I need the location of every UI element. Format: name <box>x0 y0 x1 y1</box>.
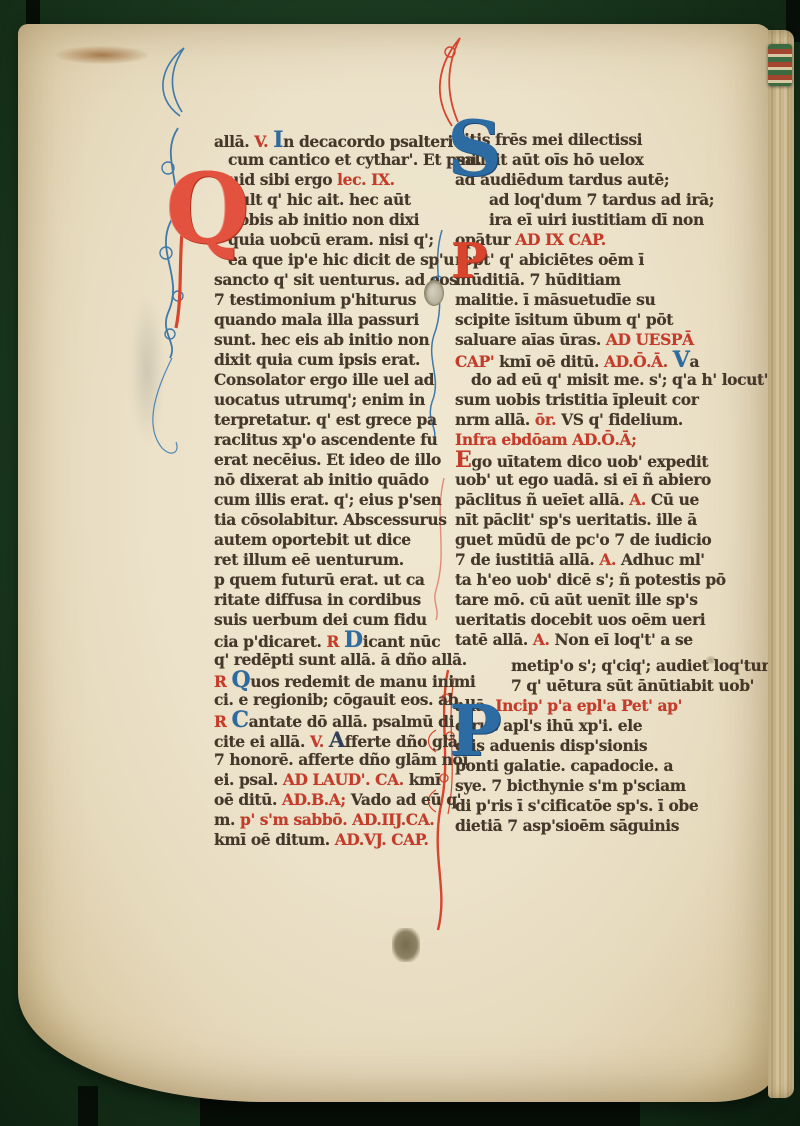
text-segment: AD IX CAP. <box>515 230 605 249</box>
text-line: allā. V. In decacordo psalterio <box>214 130 452 150</box>
text-segment: Incip' p'a epl'a Pet' ap' <box>495 696 682 715</box>
text-segment: AD.VJ. CAP. <box>335 830 429 849</box>
text-line: uocatus utrumq'; enim in <box>214 390 452 410</box>
text-line: cite ei allā. V. Afferte dño glā; <box>214 730 452 750</box>
text-segment: lec. IX. <box>337 170 394 189</box>
text-segment: AD LAUD'. CA. <box>283 770 409 789</box>
text-line: sum uobis tristitia īpleuit cor <box>455 390 747 410</box>
text-segment: a <box>689 352 699 371</box>
endband <box>768 44 792 86</box>
text-segment: ad loq'dum 7 tardus ad irā; <box>489 190 714 209</box>
text-line: Ego uītatem dico uob' expedit <box>455 450 747 470</box>
text-segment: A. <box>599 550 621 569</box>
text-line: saluare aīas ūras. AD UESPĀ <box>455 330 747 350</box>
text-line: nō dixerat ab initio quādo <box>214 470 452 490</box>
text-segment: nō dixerat ab initio quādo <box>214 470 429 489</box>
text-line: metip'o s'; q'ciq'; audiet loq'tur <box>455 656 747 676</box>
text-segment: uos redemit de manu inimi <box>250 672 475 691</box>
bottom-shadow-left <box>78 1086 98 1126</box>
text-line: sye. 7 bicthynie s'm p'sciam <box>455 776 747 796</box>
text-line: nrm allā. ōr. VS q' fidelium. <box>455 410 747 430</box>
text-segment: Non eī loq't' a se <box>555 630 693 649</box>
text-line: quando mala illa passuri <box>214 310 452 330</box>
text-segment: di p'ris ī s'cificatōe sp's. ī obe <box>455 796 698 815</box>
text-line: autem oportebit ut dice <box>214 530 452 550</box>
text-segment: dietiā 7 asp'sioēm sāguinis <box>455 816 679 835</box>
text-line: ta h'eo uob' dicē s'; ñ potestis pō <box>455 570 747 590</box>
text-segment: cia p'dicaret. <box>214 632 327 651</box>
manuscript-page: Q allā. V. In decacordo psalteriocum can… <box>18 24 772 1102</box>
text-segment: 7 honorē. afferte dño glām nōi <box>214 750 468 769</box>
text-line: opātur AD IX CAP. <box>455 230 747 250</box>
illuminated-initial-P-red: P <box>451 242 487 281</box>
text-segment: malitie. ī māsuetudīe su <box>455 290 655 309</box>
text-segment: Vado ad eū q' <box>351 790 461 809</box>
text-line: malitie. ī māsuetudīe su <box>455 290 747 310</box>
text-line: guet mūdū de pc'o 7 de iudicio <box>455 530 747 550</box>
text-segment: q' redēpti sunt allā. ā dño allā. <box>214 650 467 669</box>
text-line: tatē allā. A. Non eī loq't' a se <box>455 630 747 650</box>
text-line: terpretatur. q' est grece pa <box>214 410 452 430</box>
text-segment: allā. <box>214 132 254 151</box>
text-segment: do ad eū q' misit me. s'; q'a h' locut' <box>471 370 768 389</box>
text-segment: nīt pāclit' sp's ueritatis. ille ā <box>455 510 697 529</box>
text-segment: cite ei allā. <box>214 732 310 751</box>
text-segment: AD.Ō.Ā. <box>604 352 673 371</box>
text-segment: sunt. hec eis ab initio non <box>214 330 429 349</box>
text-segment: autem oportebit ut dice <box>214 530 411 549</box>
text-line: ci. e regionib; cōgauit eos. ab. <box>214 690 452 710</box>
illuminated-initial-Q: Q <box>166 170 250 249</box>
text-line: ueritatis docebit uos oēm ueri <box>455 610 747 630</box>
right-text-column: S P P citis frēs mei dilectissimi. sit a… <box>455 130 747 836</box>
text-line: nīt pāclit' sp's ueritatis. ille ā <box>455 510 747 530</box>
text-line: tare mō. cū aūt uenīt ille sp's <box>455 590 747 610</box>
parchment-blemish <box>424 280 444 306</box>
text-line: Infra ebdōam AD.Ō.Ā; <box>455 430 747 450</box>
text-line: R Quos redemit de manu inimi <box>214 670 452 690</box>
text-segment: kmī oē ditum. <box>214 830 335 849</box>
left-text-column: Q allā. V. In decacordo psalteriocum can… <box>214 130 452 850</box>
text-line: dietiā 7 asp'sioēm sāguinis <box>455 816 747 836</box>
text-segment: R <box>214 712 231 731</box>
text-line: cum illis erat. q'; eius p'sen <box>214 490 452 510</box>
text-line: sunt. hec eis ab initio non <box>214 330 452 350</box>
text-segment: CAP' <box>455 352 499 371</box>
text-segment: A. <box>629 490 651 509</box>
text-line: p quem futurū erat. ut ca <box>214 570 452 590</box>
text-line: 7 testimonium p'hiturus <box>214 290 452 310</box>
text-segment: Infra ebdōam AD.Ō.Ā; <box>455 430 636 449</box>
text-segment: metip'o s'; q'ciq'; audiet loq'tur <box>511 656 769 675</box>
text-segment: sye. 7 bicthynie s'm p'sciam <box>455 776 686 795</box>
text-segment: quando mala illa passuri <box>214 310 419 329</box>
text-segment: tare mō. cū aūt uenīt ille sp's <box>455 590 698 609</box>
text-line: ei. psal. AD LAUD'. CA. kmī <box>214 770 452 790</box>
text-segment: tatē allā. <box>455 630 533 649</box>
text-segment: 7 de iustitiā allā. <box>455 550 599 569</box>
text-line: 7 de iustitiā allā. A. Adhuc ml' <box>455 550 747 570</box>
text-segment: cum illis erat. q'; eius p'sen <box>214 490 442 509</box>
text-segment: saluare aīas ūras. <box>455 330 606 349</box>
text-segment: fferte dño glā; <box>345 732 463 751</box>
text-segment: antate dō allā. psalmū di <box>249 712 454 731</box>
text-segment: icant nūc <box>363 632 441 651</box>
text-segment: uult q' hic ait. hec aūt <box>228 190 411 209</box>
text-segment: nrm allā. <box>455 410 535 429</box>
text-segment: ta h'eo uob' dicē s'; ñ potestis pō <box>455 570 726 589</box>
manuscript-photo: { "colors": { "background": "#1b3a20", "… <box>0 0 800 1126</box>
text-segment: p quem futurū erat. ut ca <box>214 570 425 589</box>
text-line: ira eī uiri iustitiam dī non <box>455 210 747 230</box>
text-segment: ueritatis docebit uos oēm ueri <box>455 610 705 629</box>
text-line: raclitus xp'o ascendente fu <box>214 430 452 450</box>
text-segment: ritate diffusa in cordibus <box>214 590 421 609</box>
text-segment: dixit quia cum ipsis erat. <box>214 350 420 369</box>
text-segment: 7 testimonium p'hiturus <box>214 290 416 309</box>
text-segment: go uītatem dico uob' expedit <box>471 452 708 471</box>
text-line: do ad eū q' misit me. s'; q'a h' locut' <box>455 370 747 390</box>
text-line: ad loq'dum 7 tardus ad irā; <box>455 190 747 210</box>
text-line: nobis ab initio non dixi <box>214 210 452 230</box>
text-line: CAP' kmī oē ditū. AD.Ō.Ā. Va <box>455 350 747 370</box>
illuminated-initial-S: S <box>447 118 502 180</box>
text-segment: p' s'm sabbō. AD.IIJ.CA. <box>240 810 434 829</box>
text-segment: Adhuc ml' <box>621 550 705 569</box>
text-segment: uocatus utrumq'; enim in <box>214 390 425 409</box>
text-line: m. p' s'm sabbō. AD.IIJ.CA. <box>214 810 452 830</box>
book-fore-edge <box>768 30 794 1098</box>
text-segment: kmī <box>409 770 441 789</box>
text-line: ea que ip'e hic dicit de sp'u <box>214 250 452 270</box>
bottom-shadow-center <box>200 1098 640 1126</box>
text-line: ret illum eē uenturum. <box>214 550 452 570</box>
text-line: kmī oē ditum. AD.VJ. CAP. <box>214 830 452 850</box>
text-line: erat necēius. Et ideo de illo <box>214 450 452 470</box>
text-segment: suis uerbum dei cum fidu <box>214 610 427 629</box>
text-segment: tia cōsolabitur. Abscessurus <box>214 510 447 529</box>
text-segment: raclitus xp'o ascendente fu <box>214 430 437 449</box>
text-segment: VS q' fidelium. <box>561 410 683 429</box>
text-line: cia p'dicaret. R Dicant nūc <box>214 630 452 650</box>
text-segment: A. <box>533 630 555 649</box>
stain <box>392 928 420 962</box>
text-segment: V. <box>254 132 273 151</box>
text-segment: quia uobcū eram. nisi q'; <box>228 230 434 249</box>
text-segment: scipite īsitum ūbum q' pōt <box>455 310 673 329</box>
illuminated-initial-P-blue: P <box>449 702 502 759</box>
text-line: oē ditū. AD.B.A; Vado ad eū q' <box>214 790 452 810</box>
text-line: cum cantico et cythar'. Et psallē. <box>214 150 452 170</box>
text-line: ritate diffusa in cordibus <box>214 590 452 610</box>
text-segment: erat necēius. Et ideo de illo <box>214 450 441 469</box>
text-segment: terpretatur. q' est grece pa <box>214 410 437 429</box>
text-line: tia cōsolabitur. Abscessurus <box>214 510 452 530</box>
text-segment: ret illum eē uenturum. <box>214 550 404 569</box>
text-segment: AD.B.A; <box>282 790 351 809</box>
text-segment: nobis ab initio non dixi <box>228 210 419 229</box>
text-line: ropt' q' abiciētes oēm ī <box>455 250 747 270</box>
text-segment: m. <box>214 810 240 829</box>
text-line: suis uerbum dei cum fidu <box>214 610 452 630</box>
text-segment: Cū ue <box>651 490 699 509</box>
penwork-flourish-left-margin <box>118 38 208 508</box>
text-line: quia uobcū eram. nisi q'; <box>214 230 452 250</box>
text-segment: 7 q' uētura sūt ānūtiabit uob' <box>511 676 754 695</box>
text-line: uob' ut ego uadā. si eī ñ abiero <box>455 470 747 490</box>
text-line: Consolator ergo ille uel ad <box>214 370 452 390</box>
text-line: dixit quia cum ipsis erat. <box>214 350 452 370</box>
text-segment: pāclitus ñ ueīet allā. <box>455 490 629 509</box>
text-segment: ōr. <box>535 410 561 429</box>
text-segment: ci. e regionib; cōgauit eos. ab. <box>214 690 463 709</box>
text-line: mūditiā. 7 hūditiam <box>455 270 747 290</box>
text-line: uult q' hic ait. hec aūt <box>214 190 452 210</box>
text-line: scipite īsitum ūbum q' pōt <box>455 310 747 330</box>
text-segment: uob' ut ego uadā. si eī ñ abiero <box>455 470 711 489</box>
text-segment: kmī oē ditū. <box>499 352 604 371</box>
text-segment: Consolator ergo ille uel ad <box>214 370 434 389</box>
text-segment: oē ditū. <box>214 790 282 809</box>
text-segment: ea que ip'e hic dicit de sp'u <box>228 250 454 269</box>
text-line: di p'ris ī s'cificatōe sp's. ī obe <box>455 796 747 816</box>
text-segment: ei. psal. <box>214 770 283 789</box>
text-segment: guet mūdū de pc'o 7 de iudicio <box>455 530 711 549</box>
text-segment: R <box>327 632 344 651</box>
text-segment: n decacordo psalterio <box>283 132 463 151</box>
text-segment: sancto q' sit uenturus. ad eos <box>214 270 458 289</box>
text-segment: ira eī uiri iustitiam dī non <box>489 210 704 229</box>
text-line: sancto q' sit uenturus. ad eos <box>214 270 452 290</box>
text-segment: V. <box>310 732 329 751</box>
text-segment: R <box>214 672 231 691</box>
text-segment: sum uobis tristitia īpleuit cor <box>455 390 698 409</box>
text-line: uid sibi ergo lec. IX. <box>214 170 452 190</box>
text-line: pāclitus ñ ueīet allā. A. Cū ue <box>455 490 747 510</box>
text-line: 7 honorē. afferte dño glām nōi <box>214 750 452 770</box>
initial-capital: A <box>329 727 345 752</box>
